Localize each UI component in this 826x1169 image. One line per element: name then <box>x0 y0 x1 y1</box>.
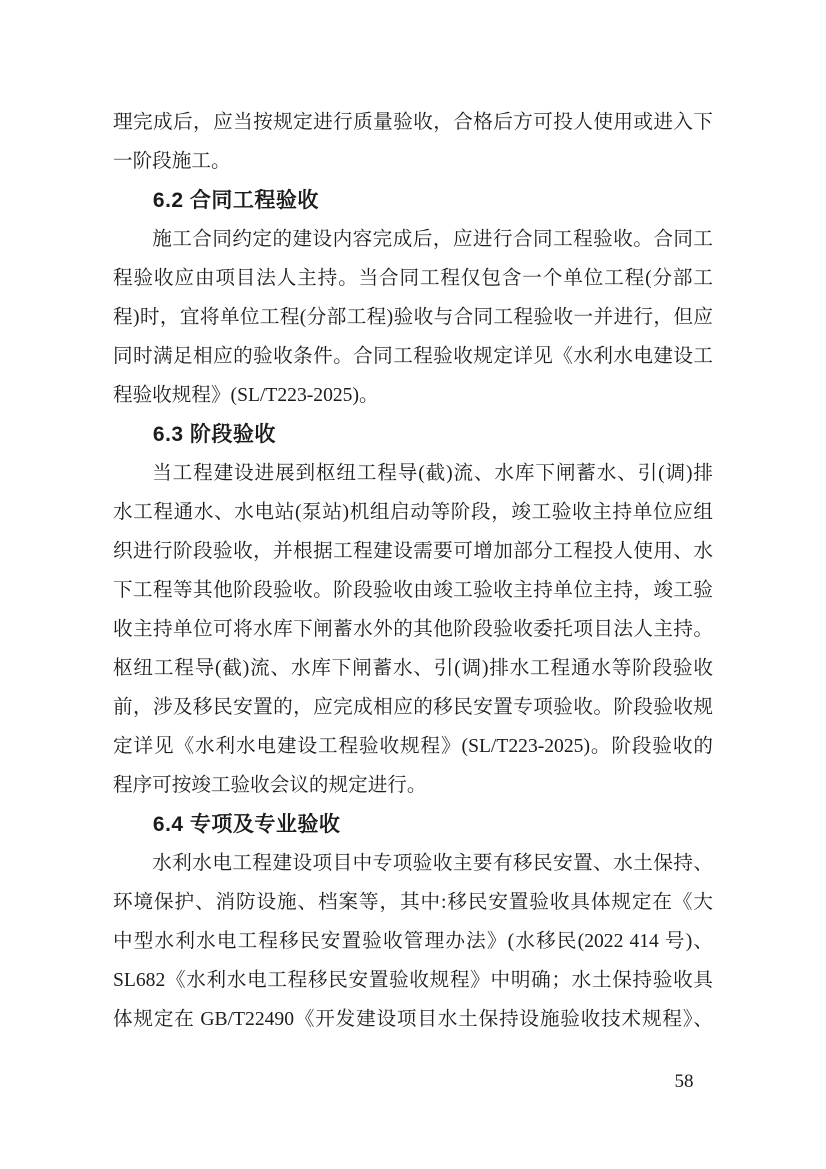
document-page: 理完成后，应当按规定进行质量验收，合格后方可投人使用或进入下一阶段施工。6.2 … <box>0 0 826 1169</box>
text-line: 水工程通水、水电站(泵站)机组启动等阶段，竣工验收主持单位应组 <box>113 493 713 532</box>
document-body: 理完成后，应当按规定进行质量验收，合格后方可投人使用或进入下一阶段施工。6.2 … <box>113 103 713 1039</box>
text-line: 程验收规程》(SL/T223-2025)。 <box>113 376 713 415</box>
text-line: 织进行阶段验收，并根据工程建设需要可增加部分工程投人使用、水 <box>113 532 713 571</box>
paragraph: 施工合同约定的建设内容完成后，应进行合同工程验收。合同工程验收应由项目法人主持。… <box>113 220 713 415</box>
text-line: 程验收应由项目法人主持。当合同工程仅包含一个单位工程(分部工 <box>113 259 713 298</box>
text-line: 程序可按竣工验收会议的规定进行。 <box>113 766 713 805</box>
page-number: 58 <box>664 1071 704 1093</box>
section-heading: 6.2 合同工程验收 <box>113 181 713 220</box>
paragraph: 当工程建设进展到枢纽工程导(截)流、水库下闸蓄水、引(调)排水工程通水、水电站(… <box>113 454 713 805</box>
paragraph: 理完成后，应当按规定进行质量验收，合格后方可投人使用或进入下一阶段施工。 <box>113 103 713 181</box>
text-line: SL682《水利水电工程移民安置验收规程》中明确；水土保持验收具 <box>113 961 713 1000</box>
text-line: 前，涉及移民安置的，应完成相应的移民安置专项验收。阶段验收规 <box>113 688 713 727</box>
text-line: 6.3 阶段验收 <box>113 415 713 454</box>
paragraph: 水利水电工程建设项目中专项验收主要有移民安置、水土保持、环境保护、消防设施、档案… <box>113 844 713 1039</box>
text-line: 定详见《水利水电建设工程验收规程》(SL/T223-2025)。阶段验收的 <box>113 727 713 766</box>
text-line: 中型水利水电工程移民安置验收管理办法》(水移民(2022 414 号)、 <box>113 922 713 961</box>
text-line: 6.4 专项及专业验收 <box>113 805 713 844</box>
text-line: 体规定在 GB/T22490《开发建设项目水土保持设施验收技术规程》、 <box>113 1000 713 1039</box>
text-line: 下工程等其他阶段验收。阶段验收由竣工验收主持单位主持，竣工验 <box>113 571 713 610</box>
text-line: 理完成后，应当按规定进行质量验收，合格后方可投人使用或进入下 <box>113 103 713 142</box>
text-line: 同时满足相应的验收条件。合同工程验收规定详见《水利水电建设工 <box>113 337 713 376</box>
section-heading: 6.3 阶段验收 <box>113 415 713 454</box>
text-line: 施工合同约定的建设内容完成后，应进行合同工程验收。合同工 <box>113 220 713 259</box>
text-line: 当工程建设进展到枢纽工程导(截)流、水库下闸蓄水、引(调)排 <box>113 454 713 493</box>
text-line: 水利水电工程建设项目中专项验收主要有移民安置、水土保持、 <box>113 844 713 883</box>
text-line: 一阶段施工。 <box>113 142 713 181</box>
section-heading: 6.4 专项及专业验收 <box>113 805 713 844</box>
text-line: 枢纽工程导(截)流、水库下闸蓄水、引(调)排水工程通水等阶段验收 <box>113 649 713 688</box>
text-line: 环境保护、消防设施、档案等，其中:移民安置验收具体规定在《大 <box>113 883 713 922</box>
text-line: 程)时，宜将单位工程(分部工程)验收与合同工程验收一并进行，但应 <box>113 298 713 337</box>
text-line: 收主持单位可将水库下闸蓄水外的其他阶段验收委托项目法人主持。 <box>113 610 713 649</box>
text-line: 6.2 合同工程验收 <box>113 181 713 220</box>
